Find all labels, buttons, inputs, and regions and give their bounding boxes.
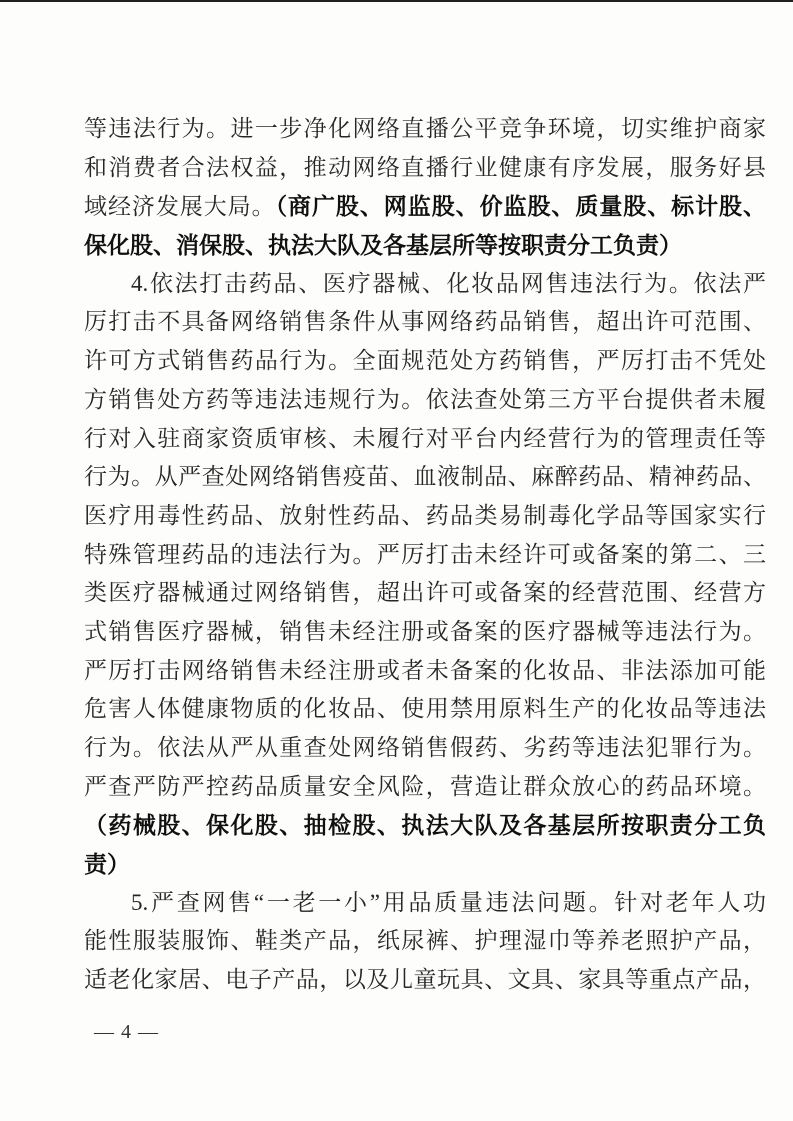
text-line: 严厉打击网络销售未经注册或者未备案的化妆品、非法添加可能 [84, 652, 766, 691]
text-line-item-4-start: 4.依法打击药品、医疗器械、化妆品网售违法行为。依法严 [84, 265, 766, 304]
text-line: 严查严防严控药品质量安全风险，营造让群众放心的药品环境。 [84, 768, 766, 807]
text-segment-bold: （商广股、网监股、价监股、质量股、标计股、 [276, 193, 766, 219]
document-page: 等违法行为。进一步净化网络直播公平竞争环境，切实维护商家 和消费者合法权益，推动… [0, 0, 793, 1121]
text-line: 类医疗器械通过网络销售，超出许可或备案的经营范围、经营方 [84, 574, 766, 613]
text-line: 行为。从严查处网络销售疫苗、血液制品、麻醉药品、精神药品、 [84, 458, 766, 497]
text-line: 式销售医疗器械，销售未经注册或备案的医疗器械等违法行为。 [84, 613, 766, 652]
page-number: — 4 — [94, 1019, 159, 1045]
text-line: 保化股、消保股、执法大队及各基层所等按职责分工负责） [84, 226, 766, 265]
document-body: 等违法行为。进一步净化网络直播公平竞争环境，切实维护商家 和消费者合法权益，推动… [84, 110, 766, 1000]
text-line: 适老化家居、电子产品，以及儿童玩具、文具、家具等重点产品， [84, 961, 766, 1000]
text-line: 厉打击不具备网络销售条件从事网络药品销售，超出许可范围、 [84, 303, 766, 342]
text-line: 等违法行为。进一步净化网络直播公平竞争环境，切实维护商家 [84, 110, 766, 149]
text-line: 和消费者合法权益，推动网络直播行业健康有序发展，服务好县 [84, 149, 766, 188]
text-line: 域经济发展大局。（商广股、网监股、价监股、质量股、标计股、 [84, 187, 766, 226]
text-line: 危害人体健康物质的化妆品、使用禁用原料生产的化妆品等违法 [84, 690, 766, 729]
text-line: 责） [84, 845, 766, 884]
scan-edge-artifact [0, 0, 793, 2]
text-line-item-5-start: 5.严查网售“一老一小”用品质量违法问题。针对老年人功 [84, 884, 766, 923]
text-line: 能性服装服饰、鞋类产品，纸尿裤、护理湿巾等养老照护产品， [84, 922, 766, 961]
text-segment-normal: 域经济发展大局。 [84, 194, 276, 219]
text-line: 行对入驻商家资质审核、未履行对平台内经营行为的管理责任等 [84, 420, 766, 459]
text-line: 特殊管理药品的违法行为。严厉打击未经许可或备案的第二、三 [84, 536, 766, 575]
text-line: （药械股、保化股、抽检股、执法大队及各基层所按职责分工负 [84, 806, 766, 845]
text-line: 许可方式销售药品行为。全面规范处方药销售，严厉打击不凭处 [84, 342, 766, 381]
text-line: 方销售处方药等违法违规行为。依法查处第三方平台提供者未履 [84, 381, 766, 420]
text-line: 医疗用毒性药品、放射性药品、药品类易制毒化学品等国家实行 [84, 497, 766, 536]
text-line: 行为。依法从严从重查处网络销售假药、劣药等违法犯罪行为。 [84, 729, 766, 768]
